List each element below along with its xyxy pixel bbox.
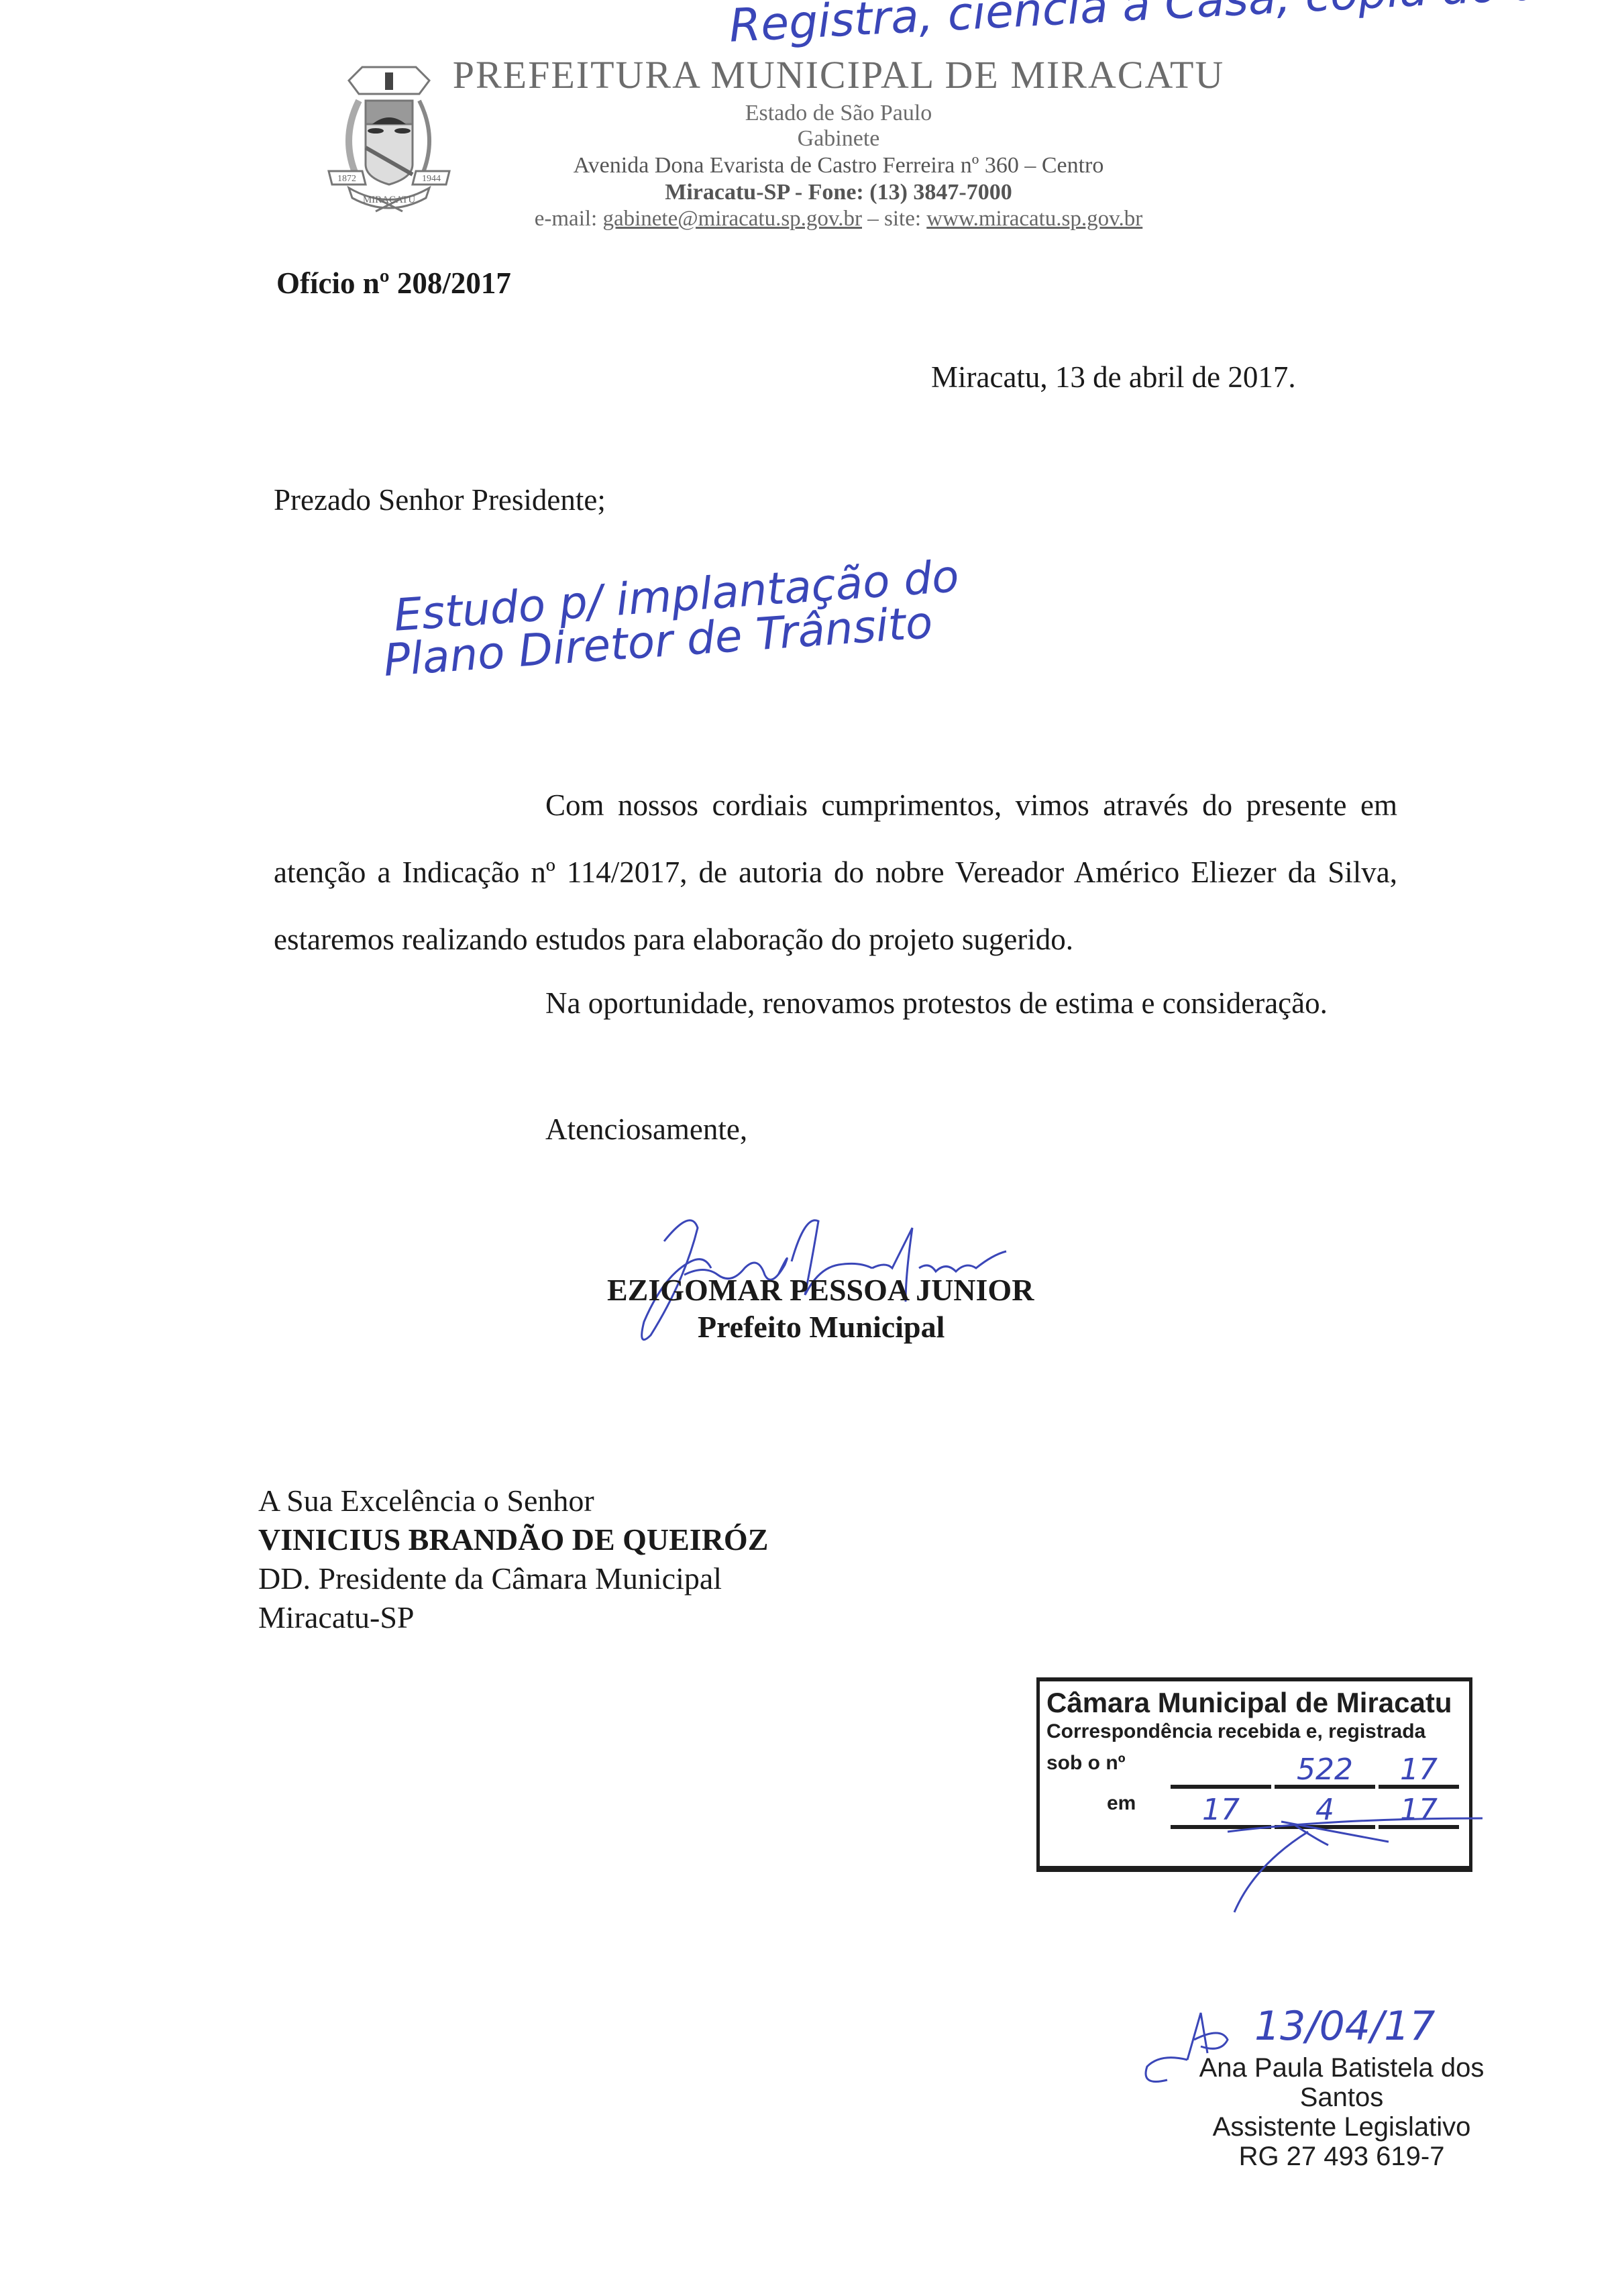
letterhead-contact: e-mail: gabinete@miracatu.sp.gov.br – si… (349, 207, 1328, 231)
stamp-number-year: 17 (1379, 1755, 1459, 1789)
closing: Atenciosamente, (545, 1111, 747, 1147)
document-reference: Ofício nº 208/2017 (276, 265, 511, 301)
recipient-name: VINICIUS BRANDÃO DE QUEIRÓZ (258, 1520, 768, 1559)
recipient-line-4: Miracatu-SP (258, 1598, 768, 1637)
recipient-line-1: A Sua Excelência o Senhor (258, 1481, 768, 1520)
email-link[interactable]: gabinete@miracatu.sp.gov.br (602, 207, 862, 231)
stamp-date-label: em (1107, 1792, 1136, 1815)
stamp-number-label: sob o nº (1046, 1752, 1126, 1775)
stamp-subtitle: Correspondência recebida e, registrada (1046, 1720, 1425, 1743)
receiver-name: Ana Paula Batistela dos Santos (1154, 2053, 1529, 2112)
stamp-number-blank (1171, 1755, 1271, 1789)
letterhead-title: PREFEITURA MUNICIPAL DE MIRACATU (349, 52, 1328, 97)
site-label: – site: (867, 207, 921, 231)
signer-name: EZIGOMAR PESSOA JUNIOR (607, 1271, 1034, 1308)
email-label: e-mail: (535, 207, 597, 231)
receiver-role: Assistente Legislativo (1154, 2112, 1529, 2142)
letterhead-city-phone: Miracatu-SP - Fone: (13) 3847-7000 (349, 180, 1328, 205)
receiver-handwritten-date: 13/04/17 (1254, 2003, 1435, 2050)
site-link[interactable]: www.miracatu.sp.gov.br (926, 207, 1142, 231)
stamp-title: Câmara Municipal de Miracatu (1046, 1687, 1452, 1719)
stamp-number-value: 522 (1275, 1755, 1375, 1789)
salutation: Prezado Senhor Presidente; (274, 482, 606, 518)
handwritten-dispatch-note: Registra, ciência à Casa, cópia ao autor… (728, 0, 1616, 53)
receiver-rg: RG 27 493 619-7 (1154, 2142, 1529, 2171)
receiver-block: Ana Paula Batistela dos Santos Assistent… (1154, 2053, 1529, 2171)
handwritten-subject: Estudo p/ implantação do Plano Diretor d… (392, 554, 963, 682)
stamp-initials-icon (1201, 1812, 1509, 1926)
letterhead-state: Estado de São Paulo (349, 101, 1328, 126)
recipient-block: A Sua Excelência o Senhor VINICIUS BRAND… (258, 1481, 768, 1637)
body-paragraph-2: Na oportunidade, renovamos protestos de … (545, 985, 1328, 1021)
letterhead-address: Avenida Dona Evarista de Castro Ferreira… (349, 153, 1328, 178)
letterhead-department: Gabinete (349, 126, 1328, 152)
document-date: Miracatu, 13 de abril de 2017. (931, 359, 1296, 395)
recipient-line-3: DD. Presidente da Câmara Municipal (258, 1559, 768, 1598)
body-paragraph-1: Com nossos cordiais cumprimentos, vimos … (274, 772, 1397, 973)
signer-title: Prefeito Municipal (698, 1308, 945, 1345)
